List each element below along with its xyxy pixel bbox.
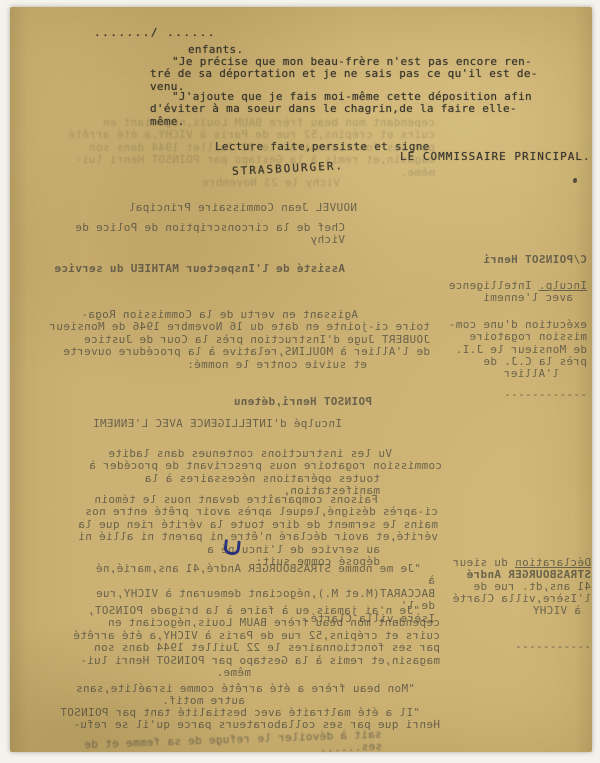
paper-sheet: ......./ ...... enfants. "Je précise que… xyxy=(10,7,592,752)
slanted-last-line-wrap: sait à dévoiler le refuge de sa femme et… xyxy=(22,729,383,763)
case-separator: ------------ xyxy=(437,389,587,401)
paragraph-precise: "Je précise que mon beau-frère n'est pas… xyxy=(150,56,545,93)
officer-name-line: NOUVEL Jean Commissaire Principal xyxy=(77,202,357,214)
officer-role-line: Chef de la circonscription de Police de … xyxy=(40,222,345,247)
charge-line: Inculpé d'INTELLIGENCE AVEC L'ENNEMI xyxy=(57,418,342,430)
paragraph-faisons: Faisons comparaître devant nous le témoi… xyxy=(28,494,438,544)
scanned-document-page: { "colors": { "paper": "#cbb173", "ink":… xyxy=(0,0,600,763)
assist-line: Assisté de l'Inspecteur MATHIEU du servi… xyxy=(10,263,345,275)
paragraph-agissant: Agissant en vertu de la Commission Roga-… xyxy=(30,309,430,359)
ghost-paragraph: cependant mon beau frère BAUM Louis,négo… xyxy=(30,117,435,179)
slanted-last-line: sait à dévoiler le refuge de sa femme et… xyxy=(22,729,383,763)
case-defendant: C/POINSOT Henri xyxy=(437,254,587,266)
paragraph-jamais-last: même. xyxy=(203,667,251,679)
ghost-date-line: Vichy le 23 Novembre xyxy=(200,177,340,189)
defendant-line: POINSOT Henri,détenu xyxy=(227,396,372,408)
declaration-separator: ----------- xyxy=(443,641,591,653)
paragraph-vu: Vu les instructions contenues dans ladit… xyxy=(47,448,442,473)
case-charge-text2: avec l'ennemi xyxy=(437,292,587,304)
case-mission-lines: exécution d'une com- mission rogatoire d… xyxy=(437,319,587,369)
paragraph-agissant-last: et suivie contre le nommé: xyxy=(167,359,367,371)
declaration-addr2: à VICHY xyxy=(443,605,591,617)
case-mission-last: l'Allier xyxy=(437,368,587,380)
ink-speck xyxy=(573,178,577,183)
paragraph-jamais: "Je n'ai jamais eu à faire à la brigade … xyxy=(28,605,440,667)
continuation-dots: ......./ ...... xyxy=(94,27,216,39)
